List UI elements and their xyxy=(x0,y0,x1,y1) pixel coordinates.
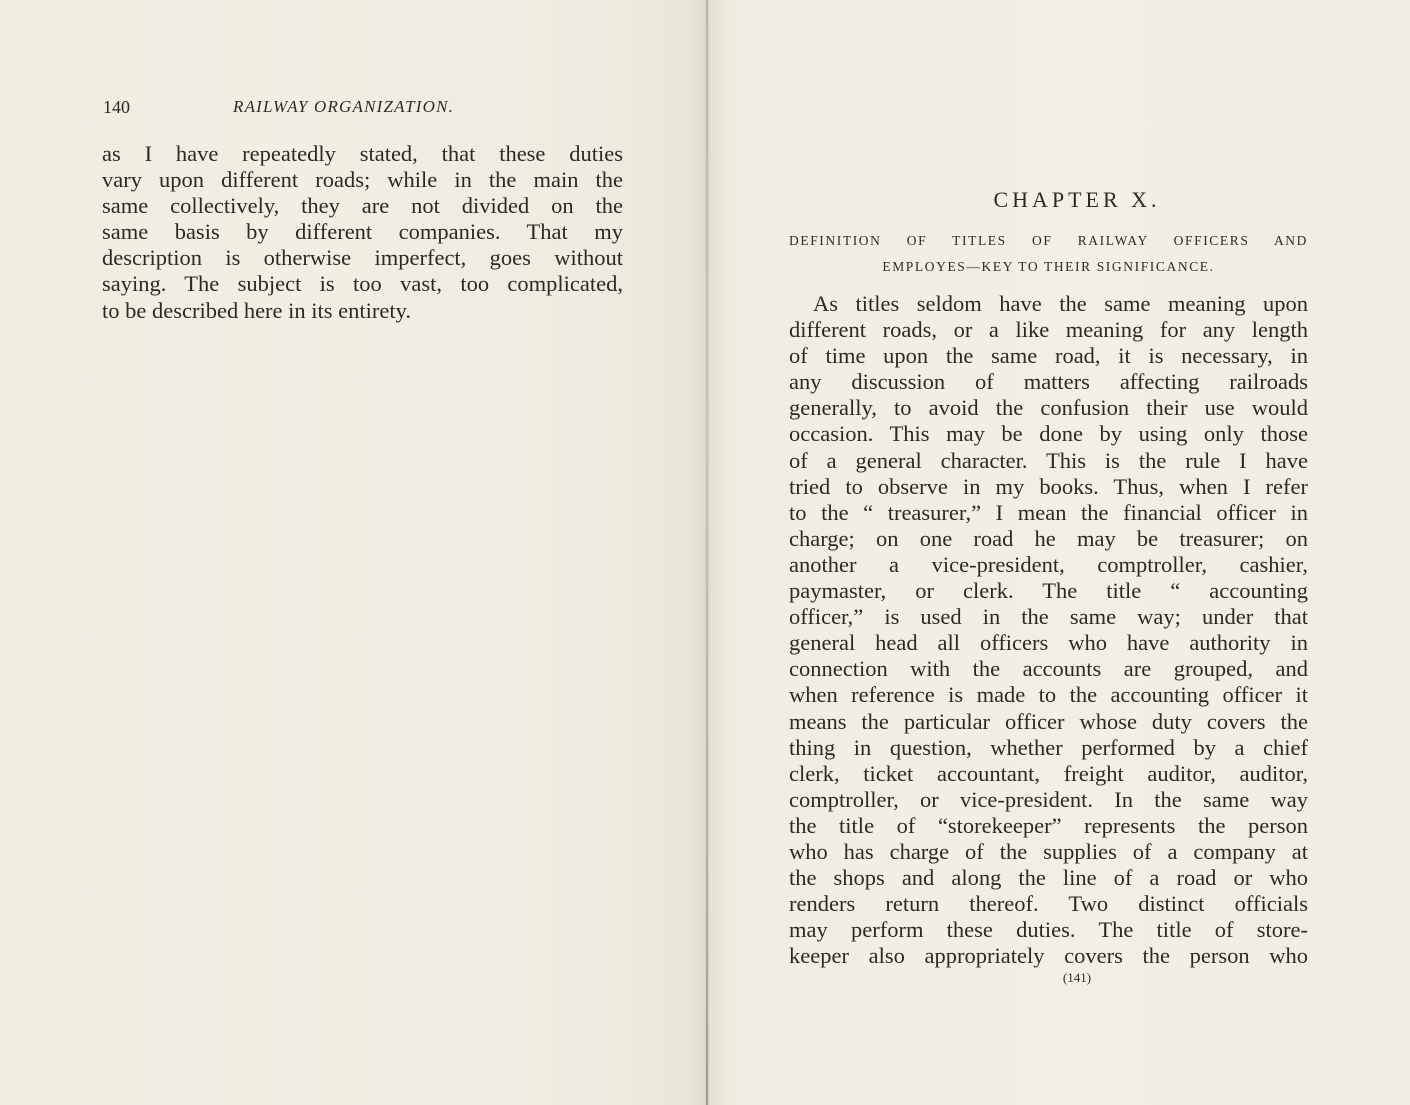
text-line: connection with the accounts are grouped… xyxy=(789,656,1308,682)
text-line: the title of “storekeeper” represents th… xyxy=(789,813,1308,839)
text-line: same collectively, they are not divided … xyxy=(102,193,623,219)
text-line: renders return thereof. Two distinct off… xyxy=(789,891,1308,917)
left-page-body: as I have repeatedly stated, that these … xyxy=(102,141,623,324)
chapter-subtitle-line-2: EMPLOYES—KEY TO THEIR SIGNIFICANCE. xyxy=(789,259,1308,275)
text-line: saying. The subject is too vast, too com… xyxy=(102,271,623,297)
text-line: the shops and along the line of a road o… xyxy=(789,865,1308,891)
page-number-right: (141) xyxy=(708,970,1410,986)
text-line: to the “ treasurer,” I mean the financia… xyxy=(789,500,1308,526)
text-line: thing in question, whether performed by … xyxy=(789,735,1308,761)
text-line: general head all officers who have autho… xyxy=(789,630,1308,656)
text-line: description is otherwise imperfect, goes… xyxy=(102,245,623,271)
text-line: different roads, or a like meaning for a… xyxy=(789,317,1308,343)
text-line: clerk, ticket accountant, freight audito… xyxy=(789,761,1308,787)
text-line: comptroller, or vice-president. In the s… xyxy=(789,787,1308,813)
chapter-title: CHAPTER X. xyxy=(708,187,1410,213)
text-line: of a general character. This is the rule… xyxy=(789,448,1308,474)
text-line: occasion. This may be done by using only… xyxy=(789,421,1308,447)
right-page: CHAPTER X. DEFINITION OF TITLES OF RAILW… xyxy=(708,0,1410,1105)
text-line: means the particular officer whose duty … xyxy=(789,709,1308,735)
text-line: tried to observe in my books. Thus, when… xyxy=(789,474,1308,500)
chapter-subtitle-line-1: DEFINITION OF TITLES OF RAILWAY OFFICERS… xyxy=(789,233,1308,249)
text-line: paymaster, or clerk. The title “ account… xyxy=(789,578,1308,604)
left-page: 140 RAILWAY ORGANIZATION. as I have repe… xyxy=(0,0,706,1105)
text-line: who has charge of the supplies of a comp… xyxy=(789,839,1308,865)
right-page-body: As titles seldom have the same meaning u… xyxy=(789,291,1308,969)
text-line: keeper also appropriately covers the per… xyxy=(789,943,1308,969)
running-head: 140 RAILWAY ORGANIZATION. xyxy=(103,97,623,121)
text-line: generally, to avoid the confusion their … xyxy=(789,395,1308,421)
page-number-left: 140 xyxy=(103,97,130,118)
text-line: charge; on one road he may be treasurer;… xyxy=(789,526,1308,552)
text-line: officer,” is used in the same way; under… xyxy=(789,604,1308,630)
text-line: when reference is made to the accounting… xyxy=(789,682,1308,708)
text-line: any discussion of matters affecting rail… xyxy=(789,369,1308,395)
text-line: of time upon the same road, it is necess… xyxy=(789,343,1308,369)
text-line: to be described here in its entirety. xyxy=(102,298,623,324)
text-line: another a vice-president, comptroller, c… xyxy=(789,552,1308,578)
text-line: as I have repeatedly stated, that these … xyxy=(102,141,623,167)
text-line: As titles seldom have the same meaning u… xyxy=(789,291,1308,317)
text-line: may perform these duties. The title of s… xyxy=(789,917,1308,943)
running-title: RAILWAY ORGANIZATION. xyxy=(233,97,454,117)
text-line: same basis by different companies. That … xyxy=(102,219,623,245)
text-line: vary upon different roads; while in the … xyxy=(102,167,623,193)
